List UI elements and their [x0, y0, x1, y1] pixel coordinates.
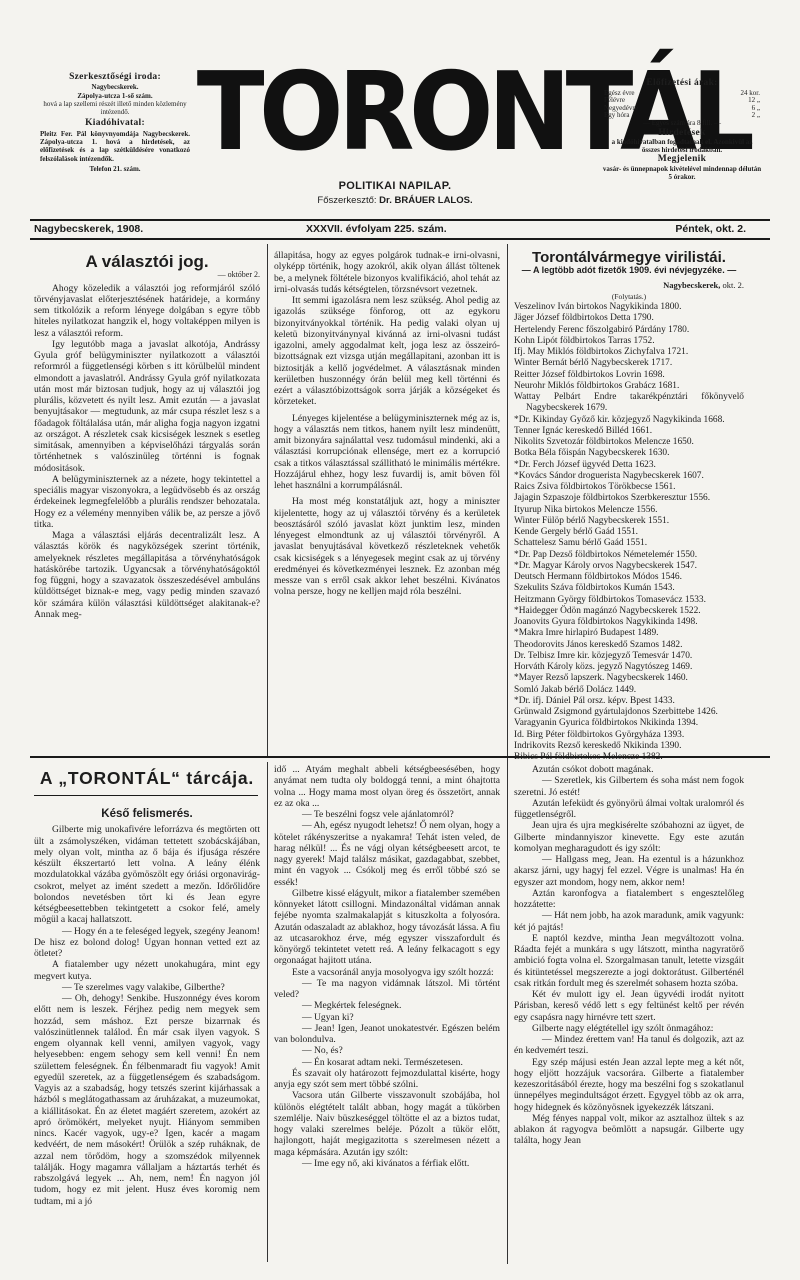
editorial-address: Zápolya-utcza 1-ső szám. [40, 92, 190, 100]
article-dateline: Nagybecskerek, okt. 2. [514, 280, 744, 291]
list-item: *Dr. Kikinday Győző kir. közjegyző Nagyk… [514, 415, 744, 426]
list-item: Tenner Ignác kereskedő Billéd 1661. [514, 426, 744, 437]
list-item: Kohn Lipót földbirtokos Tarras 1752. [514, 336, 744, 347]
list-item: Indrikovits Rezső kereskedő Nkikinda 139… [514, 741, 744, 752]
paragraph: — Ah, egész nyugodt lehetsz! Ő nem olyan… [274, 820, 500, 888]
prices-heading: Előfizetési árak: [602, 80, 762, 88]
paragraph: Aztán karonfogva a fiatalembert s engesz… [514, 888, 744, 911]
paragraph: — Te beszélni fogsz vele ajánlatomról? [274, 809, 500, 820]
divider [34, 795, 258, 796]
ads-text: a kiadóhivatalban fogadtatnak el. Azonki… [602, 139, 762, 154]
publisher-text: Pleitz Fer. Pál könyvnyomdája Nagybecske… [40, 130, 190, 163]
feuilleton-col1-body: Gilberte mig unokafivére leforrázva és m… [34, 824, 260, 1207]
ads-heading: Hirdetések [602, 130, 762, 138]
divider [30, 756, 770, 758]
masthead-subscription-info: Előfizetési árak: Egész évre24 kor. Félé… [602, 78, 762, 181]
editor-line: Főszerkesztő: Dr. BRÁUER LALOS. [220, 195, 570, 206]
article-title: A választói jog. [34, 256, 260, 267]
dateline-place: Nagybecskerek, [663, 280, 720, 290]
price-row: Egész évre24 kor. [602, 90, 762, 98]
editorial-note: hová a lap szellemi részét illető minden… [40, 100, 190, 117]
list-item: Heitzmann György földbirtokos Tomasevácz… [514, 595, 744, 606]
paragraph: Még fényes nappal volt, mikor az asztalh… [514, 1113, 744, 1147]
paragraph: Gilberte nagy elégtétellel igy szólt önm… [514, 1023, 744, 1034]
list-item: Deutsch Hermann földbirtokos Módos 1546. [514, 572, 744, 583]
editorial-heading: Szerkesztőségi iroda: [40, 73, 190, 81]
editor-label: Főszerkesztő: [317, 195, 376, 206]
paragraph: Maga a választási eljárás decentralizált… [34, 530, 260, 620]
paragraph: — Jean! Igen, Jeanot unokatestvér. Egész… [274, 1023, 500, 1046]
single-copy-price: — Egyes szám ára 8 fill. — [602, 120, 762, 128]
list-item: *Dr. ifj. Dániel Pál orsz. képv. Bpest 1… [514, 696, 744, 707]
paragraph: Este a vacsoránál anyja mosolyogva igy s… [274, 967, 500, 978]
paragraph: Gilberte mig unokafivére leforrázva és m… [34, 824, 260, 925]
newspaper-logo: TORONTÁL [197, 58, 583, 168]
paragraph: — Mindez érettem van! Ha tanul és dolgoz… [514, 1034, 744, 1057]
list-item: *Mayer Rezső lapszerk. Nagybecskerek 146… [514, 673, 744, 684]
paragraph: Gilbetre kissé elágyult, mikor a fiatale… [274, 888, 500, 967]
list-item: Horváth Károly közs. jegyző Nagytószeg 1… [514, 662, 744, 673]
list-item: Hertelendy Ferenc főszolgabiró Párdány 1… [514, 325, 744, 336]
price-period: Egy hóra [604, 112, 629, 120]
continued-note: (Folytatás.) [514, 291, 744, 302]
article-valasztoi-col1: A választói jog. — október 2. Ahogy köze… [34, 248, 260, 620]
paragraph: — Én kosarat adtam neki. Természetesen. [274, 1057, 500, 1068]
list-item: Id. Birg Péter földbirtokos Györgyháza 1… [514, 730, 744, 741]
list-item: Winter Fülöp bérlő Nagybecskerek 1551. [514, 516, 744, 527]
publisher-heading: Kiadóhivatal: [40, 119, 190, 127]
divider [30, 219, 770, 221]
paragraph: — Te ma nagyon vidámnak látszol. Mi tört… [274, 978, 500, 1001]
phone-number: Telefon 21. szám. [40, 165, 190, 173]
article-title: Torontálvármegye virilistái. [514, 252, 744, 263]
paragraph: — Hallgass meg, Jean. Ha ezentul is a há… [514, 854, 744, 888]
feuilleton-title: Késő felismerés. [34, 809, 260, 820]
masthead-subtitle: POLITIKAI NAPILAP. Főszerkesztő: Dr. BRÁ… [220, 180, 570, 206]
paragraph: állapitása, hogy az egyes polgárok tudna… [274, 250, 500, 295]
feuilleton-col2: idő ... Atyám meghalt abbeli kétségbeesé… [274, 764, 500, 1169]
list-item: Nikolits Szvetozár földbirtokos Melencze… [514, 437, 744, 448]
feuilleton-col3: Azután csókot dobott magának.— Szeretlek… [514, 764, 744, 1147]
paragraph: E naptól kezdve, mintha Jean megváltozot… [514, 933, 744, 989]
appears-text: vasár- és ünnepnapok kivételével mindenn… [602, 166, 762, 181]
list-item: Winter Bernát bérlő Nagybecskerek 1717. [514, 358, 744, 369]
list-item: *Dr. Pap Dezső földbirtokos Németelemér … [514, 550, 744, 561]
paragraph: — Te szerelmes vagy valakibe, Gilberthe? [34, 982, 260, 993]
paragraph: Ahogy közeledik a választói jog reformjá… [34, 283, 260, 339]
paragraph: Itt semmi igazolásra nem lesz szükség. A… [274, 295, 500, 408]
list-item: Szekulits Száva földbirtokos Kumán 1543. [514, 583, 744, 594]
list-item: *Dr. Ferch József ügyvéd Detta 1623. [514, 460, 744, 471]
paragraph: — No, és? [274, 1045, 500, 1056]
list-item: Varagyanin Gyurica földbirtokos Nkikinda… [514, 718, 744, 729]
list-item: Dr. Telbisz Imre kir. közjegyző Temesvár… [514, 651, 744, 662]
list-item: Somló Jakab bérlő Dolácz 1449. [514, 685, 744, 696]
list-item: Jäger József földbirtokos Detta 1790. [514, 313, 744, 324]
list-item: Ityurup Nika birtokos Melencze 1556. [514, 505, 744, 516]
editor-name: Dr. BRÁUER LALOS. [379, 195, 472, 206]
list-item: *Dr. Magyar Károly orvos Nagybecskerek 1… [514, 561, 744, 572]
list-item: Theodorovits János kereskedő Szamos 1482… [514, 640, 744, 651]
feuilleton-col1: Késő felismerés. Gilberte mig unokafivér… [34, 803, 260, 1207]
paragraph: Két év mulott igy el. Jean ügyvédi irodá… [514, 989, 744, 1023]
appears-heading: Megjelenik [602, 156, 762, 164]
paragraph: Azután lefeküdt és gyönyörü álmai voltak… [514, 798, 744, 821]
subtitle-text: POLITIKAI NAPILAP. [220, 180, 570, 192]
list-item: Veszelinov Iván birtokos Nagykikinda 180… [514, 302, 744, 313]
divider [30, 238, 770, 240]
paragraph: Egy szép májusi estén Jean azzal lepte m… [514, 1057, 744, 1113]
issue-date: Péntek, okt. 2. [675, 223, 746, 235]
paragraph: — Hogy én a te feleséged legyek, szegény… [34, 926, 260, 960]
list-item: *Kovács Sándor droguerista Nagybecskerek… [514, 471, 744, 482]
article-valasztoi-col2: állapitása, hogy az egyes polgárok tudna… [274, 250, 500, 598]
list-item: Neurohr Miklós földbirtokos Grabácz 1681… [514, 381, 744, 392]
list-item: *Haidegger Ödön magánzó Nagybecskerek 15… [514, 606, 744, 617]
list-item: Botka Béla főispán Nagybecskerek 1630. [514, 448, 744, 459]
paragraph: — Ugyan ki? [274, 1012, 500, 1023]
list-item: Schattelesz Samu bérlő Gaád 1551. [514, 538, 744, 549]
paragraph: És szavait oly határozott fejmozdulattal… [274, 1068, 500, 1091]
article-subtitle: — A legtöbb adót fizetők 1909. évi névje… [514, 265, 744, 276]
newspaper-page: Szerkesztőségi iroda: Nagybecskerek. Záp… [30, 0, 770, 1280]
masthead-editorial-info: Szerkesztőségi iroda: Nagybecskerek. Záp… [40, 72, 190, 173]
issue-place-year: Nagybecskerek, 1908. [34, 223, 143, 235]
list-item: Wattay Pelbárt Endre takarékpénztári fők… [514, 392, 744, 415]
paragraph: Jean ujra és ujra megkisérelte szóbahozn… [514, 820, 744, 854]
virilis-list: Veszelinov Iván birtokos Nagykikinda 180… [514, 302, 744, 763]
column-divider [267, 762, 268, 1262]
editorial-city: Nagybecskerek. [40, 83, 190, 91]
list-item: Jajagin Szpaszoje földbirtokos Szerbkere… [514, 493, 744, 504]
list-item: Ifj. May Miklós földbirtokos Zichyfalva … [514, 347, 744, 358]
paragraph: — Megkértek feleségnek. [274, 1000, 500, 1011]
paragraph: Ha most még konstatáljuk azt, hogy a min… [274, 496, 500, 597]
column-divider [267, 244, 268, 756]
list-item: Kende Gergely bérlő Gaád 1551. [514, 527, 744, 538]
paragraph: Azután csókot dobott magának. [514, 764, 744, 775]
paragraph: A belügyminiszternek az a nézete, hogy t… [34, 474, 260, 530]
issue-bar: Nagybecskerek, 1908. XXXVII. évfolyam 22… [30, 222, 770, 236]
list-item: Raics Zsiva földbirtokos Törökbecse 1561… [514, 482, 744, 493]
paragraph: A fiatalember ugy nézett unokahugára, mi… [34, 959, 260, 982]
article-virilis: Torontálvármegye virilistái. — A legtöbb… [514, 248, 744, 763]
list-item: Grünwald Zsigmond gyártulajdonos Szerbit… [514, 707, 744, 718]
list-item: Reitter József földbirtokos Lovrin 1698. [514, 370, 744, 381]
paragraph: Vacsora után Gilberte visszavonult szobá… [274, 1090, 500, 1158]
issue-volume: XXXVII. évfolyam 225. szám. [306, 223, 447, 235]
price-amount: 2 „ [752, 112, 760, 120]
feuilleton-banner: A „TORONTÁL“ tárcája. [34, 768, 260, 789]
paragraph: Igy legutóbb maga a javaslat alkotója, A… [34, 339, 260, 474]
paragraph: — Oh, dehogy! Senkibe. Huszonnégy éves k… [34, 993, 260, 1207]
list-item: *Makra Imre hirlapiró Budapest 1489. [514, 628, 744, 639]
dateline-date: okt. 2. [723, 280, 745, 290]
paragraph: Lényeges kijelentése a belügyminiszterne… [274, 413, 500, 492]
list-item: Joanovits Gyura földbirtokos Nagykikinda… [514, 617, 744, 628]
paragraph: — Szeretlek, kis Gilbertem és soha mást … [514, 775, 744, 798]
paragraph: — Ime egy nő, aki kivánatos a férfiak el… [274, 1158, 500, 1169]
paragraph: idő ... Atyám meghalt abbeli kétségbeesé… [274, 764, 500, 809]
paragraph: — Hát nem jobb, ha azok maradunk, amik v… [514, 910, 744, 933]
column-divider [507, 244, 508, 1264]
